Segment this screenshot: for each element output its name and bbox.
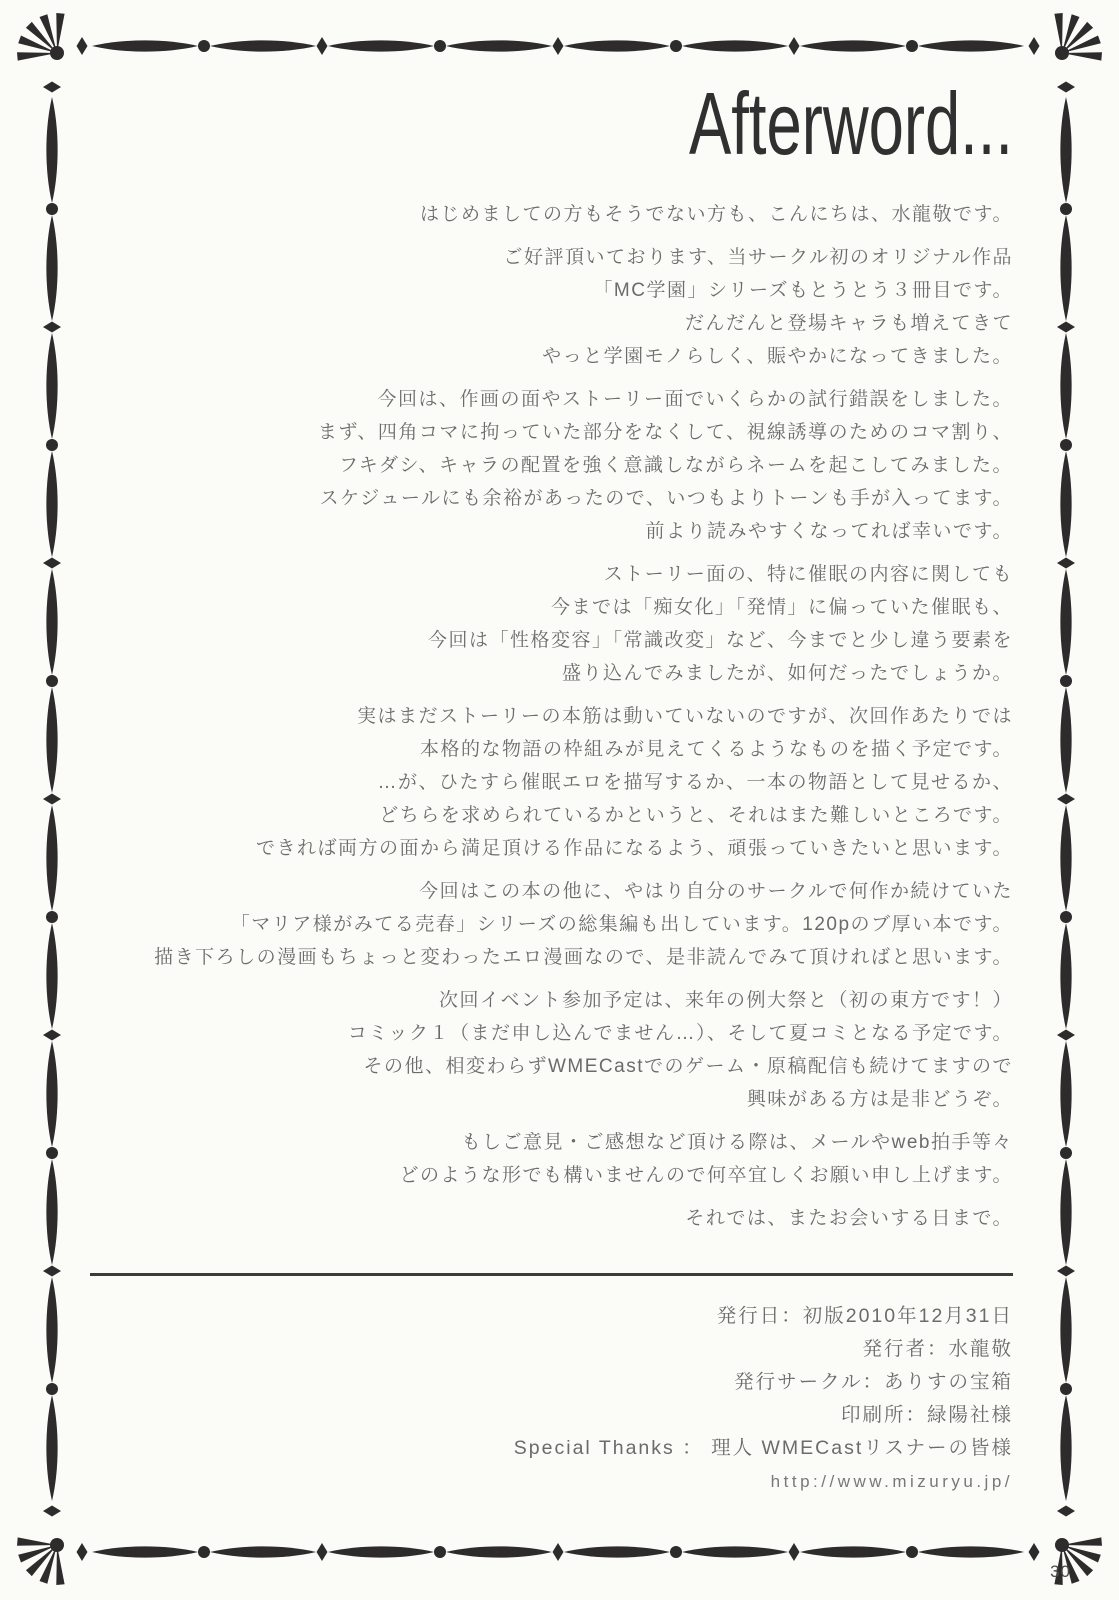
page-title: Afterword... [334, 80, 1013, 168]
text-line: それでは、またお会いする日まで。 [70, 1202, 1013, 1235]
text-line: 実はまだストーリーの本筋は動いていないのですが、次回作あたりでは [70, 700, 1013, 733]
paragraph-next-events: 次回イベント参加予定は、来年の例大祭と（初の東方です！）コミック１（まだ申し込ん… [70, 984, 1013, 1116]
text-line: 今回は、作画の面やストーリー面でいくらかの試行錯誤をしました。 [70, 383, 1013, 416]
paragraph-story-notes: ストーリー面の、特に催眠の内容に関しても今までは「痴女化」「発情」に偏っていた催… [70, 558, 1013, 690]
paragraph-other-book: 今回はこの本の他に、やはり自分のサークルで何作か続けていた「マリア様がみてる売春… [70, 875, 1013, 974]
paragraph-closing: それでは、またお会いする日まで。 [70, 1202, 1013, 1235]
text-line: 発行日：初版2010年12月31日 [70, 1300, 1013, 1333]
text-line: できれば両方の面から満足頂ける作品になるよう、頑張っていきたいと思います。 [70, 832, 1013, 865]
paragraph-future-plans: 実はまだストーリーの本筋は動いていないのですが、次回作あたりでは本格的な物語の枠… [70, 700, 1013, 865]
text-line: どのような形でも構いませんので何卒宜しくお願い申し上げます。 [70, 1159, 1013, 1192]
text-line: だんだんと登場キャラも増えてきて [70, 307, 1013, 340]
text-line: フキダシ、キャラの配置を強く意識しながらネームを起こしてみました。 [70, 449, 1013, 482]
text-line: 発行サークル：ありすの宝箱 [70, 1366, 1013, 1399]
text-line: 印刷所：緑陽社様 [70, 1399, 1013, 1432]
paragraph-artwork-notes: 今回は、作画の面やストーリー面でいくらかの試行錯誤をしました。まず、四角コマに拘… [70, 383, 1013, 548]
afterword-page: Afterword... はじめましての方もそうでない方も、こんにちは、水龍敬で… [70, 0, 1013, 1498]
text-line: はじめましての方もそうでない方も、こんにちは、水龍敬です。 [70, 198, 1013, 231]
text-line: スケジュールにも余裕があったので、いつもよりトーンも手が入ってます。 [70, 482, 1013, 515]
text-line: …が、ひたすら催眠エロを描写するか、一本の物語として見せるか、 [70, 766, 1013, 799]
text-line: 本格的な物語の枠組みが見えてくるようなものを描く予定です。 [70, 733, 1013, 766]
text-line: 描き下ろしの漫画もちょっと変わったエロ漫画なので、是非読んでみて頂ければと思いま… [70, 941, 1013, 974]
text-line: 興味がある方は是非どうぞ。 [70, 1083, 1013, 1116]
text-line: 次回イベント参加予定は、来年の例大祭と（初の東方です！） [70, 984, 1013, 1017]
colophon: 発行日：初版2010年12月31日発行者：水龍敬発行サークル：ありすの宝箱印刷所… [70, 1300, 1013, 1465]
text-line: 発行者：水龍敬 [70, 1333, 1013, 1366]
text-line: その他、相変わらずWMECastでのゲーム・原稿配信も続けてますので [70, 1050, 1013, 1083]
page-number: 30 [1050, 1562, 1071, 1582]
text-line: まず、四角コマに拘っていた部分をなくして、視線誘導のためのコマ割り、 [70, 416, 1013, 449]
website-url: http://www.mizuryu.jp/ [70, 1465, 1013, 1498]
text-line: 盛り込んでみましたが、如何だったでしょうか。 [70, 657, 1013, 690]
text-line: 今回は「性格変容」「常識改変」など、今までと少し違う要素を [70, 624, 1013, 657]
text-line: 前より読みやすくなってれば幸いです。 [70, 515, 1013, 548]
paragraph-greeting: はじめましての方もそうでない方も、こんにちは、水龍敬です。 [70, 198, 1013, 231]
text-line: ご好評頂いております、当サークル初のオリジナル作品 [70, 241, 1013, 274]
text-line: やっと学園モノらしく、賑やかになってきました。 [70, 340, 1013, 373]
text-line: 「マリア様がみてる売春」シリーズの総集編も出しています。120pのブ厚い本です。 [70, 908, 1013, 941]
text-line: どちらを求められているかというと、それはまた難しいところです。 [70, 799, 1013, 832]
text-line: ストーリー面の、特に催眠の内容に関しても [70, 558, 1013, 591]
text-line: 今回はこの本の他に、やはり自分のサークルで何作か続けていた [70, 875, 1013, 908]
divider-rule [90, 1273, 1013, 1276]
text-line: 「MC学園」シリーズもとうとう３冊目です。 [70, 274, 1013, 307]
paragraph-series-intro: ご好評頂いております、当サークル初のオリジナル作品「MC学園」シリーズもとうとう… [70, 241, 1013, 373]
text-line: 今までは「痴女化」「発情」に偏っていた催眠も、 [70, 591, 1013, 624]
text-line: Special Thanks ： 理人 WMECastリスナーの皆様 [70, 1432, 1013, 1465]
text-line: コミック１（まだ申し込んでません…）、そして夏コミとなる予定です。 [70, 1017, 1013, 1050]
paragraph-feedback: もしご意見・ご感想など頂ける際は、メールやweb拍手等々どのような形でも構いませ… [70, 1126, 1013, 1192]
text-line: もしご意見・ご感想など頂ける際は、メールやweb拍手等々 [70, 1126, 1013, 1159]
